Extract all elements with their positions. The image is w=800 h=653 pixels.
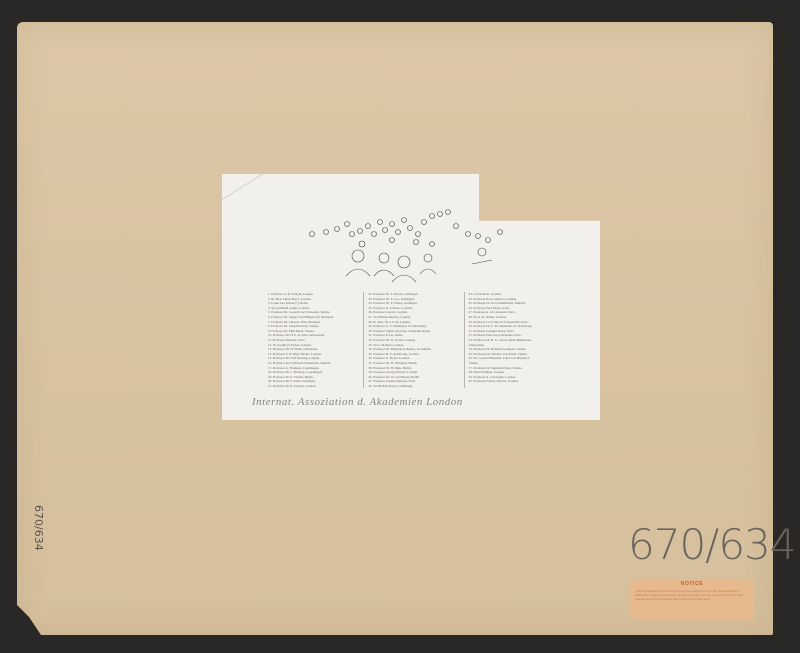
list-item: 60. Professor Francis Darwin, London. (469, 379, 560, 384)
notice-body: The photographs in this collection may b… (630, 587, 754, 603)
caricature-sketch (292, 204, 512, 284)
name-column-2: 22. Professor Dr. E. Riecke, Göttingen. … (363, 292, 463, 388)
list-item: 21. Professor Dr. R. Forsyth, London. (268, 384, 359, 389)
inventory-number-pencil-left: 670/634 (32, 505, 45, 551)
handwritten-caption: Internat. Assoziation d. Akademien Londo… (252, 396, 463, 408)
list-item: 42. Sir Michael Foster, Cambridge. (368, 384, 459, 389)
notice-label: NOTICE The photographs in this collectio… (630, 579, 754, 619)
inventory-number-pencil-right: 670/634 (628, 520, 795, 569)
name-column-3: 43. Lord Kelvin, London. 44. Professor R… (464, 292, 564, 388)
name-column-1: 1. Professor A. R. Forsyth, London. 2. R… (264, 292, 363, 388)
name-list: 1. Professor A. R. Forsyth, London. 2. R… (264, 292, 564, 388)
pasted-print: 1. Professor A. R. Forsyth, London. 2. R… (222, 174, 600, 420)
